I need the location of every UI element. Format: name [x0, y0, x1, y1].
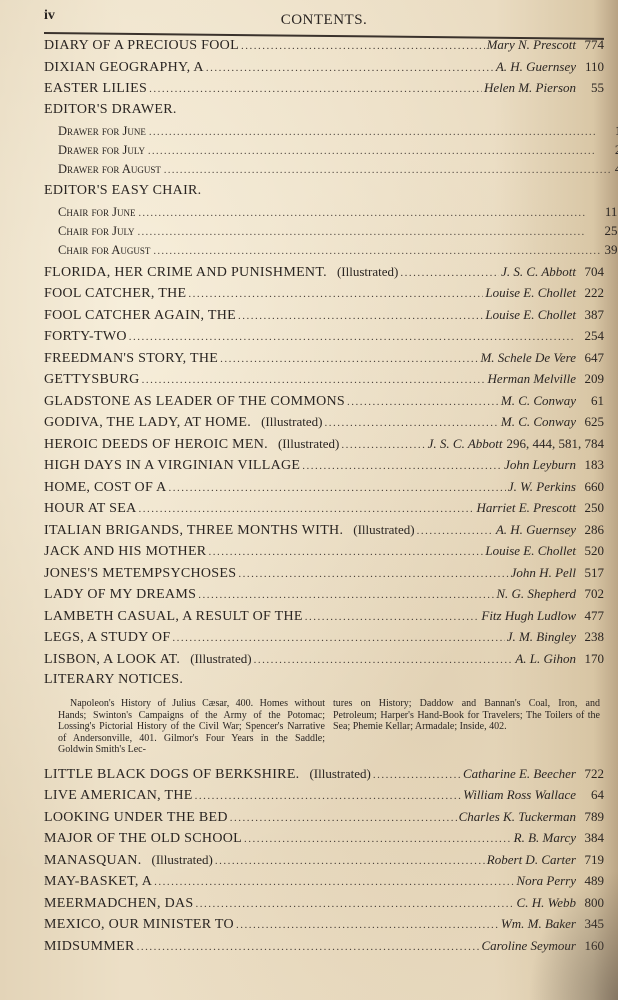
entry-title: LEGS, A STUDY OF [44, 630, 170, 646]
entry-page-number: 719 [580, 852, 604, 868]
entry-page-number: 517 [580, 565, 604, 581]
sub-entry: Chair for July255 [58, 223, 618, 242]
sub-entry: Drawer for June129 [58, 123, 618, 142]
editors-easy-chair-grid: Chair for June117Chair for September524C… [44, 204, 604, 261]
dot-leader [324, 417, 498, 429]
entry-title: FREEDMAN'S STORY, THE [44, 351, 218, 367]
entry-author: J. M. Bingley [507, 629, 576, 645]
dot-leader [373, 769, 461, 781]
toc-entry: FREEDMAN'S STORY, THEM. Schele De Vere64… [44, 350, 604, 372]
sub-entry-label: Chair for July [58, 224, 135, 239]
entry-illustrated-note: (Illustrated) [261, 414, 322, 430]
entry-author: Louise E. Chollet [485, 285, 576, 301]
entry-page-number: 489 [580, 873, 604, 889]
entry-author: A. L. Gihon [515, 651, 576, 667]
entry-page-number: 55 [580, 80, 604, 96]
toc-entry: LEGS, A STUDY OFJ. M. Bingley238 [44, 629, 604, 651]
dot-leader [198, 589, 494, 601]
entry-title: LOOKING UNDER THE BED [44, 810, 228, 826]
entry-illustrated-note: (Illustrated) [190, 651, 251, 667]
entry-page-number: 61 [580, 393, 604, 409]
entry-page-number: 520 [580, 543, 604, 559]
dot-leader [149, 83, 482, 95]
sub-entry-page-number: 255 [604, 223, 618, 239]
entry-author: Louise E. Chollet [485, 307, 576, 323]
entry-title: FORTY-TWO [44, 329, 127, 345]
dot-leader [148, 146, 612, 157]
toc-entry: MEERMADCHEN, DASC. H. Webb800 [44, 895, 604, 917]
sub-entry: Drawer for August403 [58, 161, 618, 180]
entry-illustrated-note: (Illustrated) [353, 522, 414, 538]
entry-title: DIXIAN GEOGRAPHY, A [44, 60, 204, 76]
editors-drawer-grid: Drawer for June129Drawer for September53… [44, 123, 604, 180]
toc-entry: ITALIAN BRIGANDS, THREE MONTHS WITH.(Ill… [44, 522, 604, 544]
dot-leader [164, 165, 612, 176]
literary-notices-col2: tures on History; Daddow and Bannan's Co… [333, 698, 600, 756]
dot-leader [400, 267, 499, 279]
entry-author: Nora Perry [516, 873, 576, 889]
entry-author: William Ross Wallace [463, 787, 576, 803]
entry-author: N. G. Shepherd [496, 586, 576, 602]
entry-title: GODIVA, THE LADY, AT HOME. [44, 415, 251, 431]
page-header: iv CONTENTS. [44, 4, 604, 28]
entry-title: MAJOR OF THE OLD SCHOOL [44, 831, 242, 847]
entry-author: Helen M. Pierson [484, 80, 576, 96]
entry-page-number: 254 [580, 328, 604, 344]
entry-page-number: 170 [580, 651, 604, 667]
entry-page-number: 387 [580, 307, 604, 323]
dot-leader [241, 40, 485, 52]
dot-leader [244, 833, 512, 845]
entry-title: JONES'S METEMPSYCHOSES [44, 566, 236, 582]
dot-leader [142, 374, 486, 386]
entry-author: M. C. Conway [501, 393, 576, 409]
entry-page-number: 384 [580, 830, 604, 846]
entry-page-number: 702 [580, 586, 604, 602]
toc-entry: FOOL CATCHER AGAIN, THELouise E. Chollet… [44, 307, 604, 329]
toc-entry: HOME, COST OF AJ. W. Perkins660 [44, 479, 604, 501]
entry-author: Harriet E. Prescott [476, 500, 576, 516]
dot-leader [230, 812, 457, 824]
toc-entry: GETTYSBURGHerman Melville209 [44, 371, 604, 393]
entry-page-number: 722 [580, 766, 604, 782]
entry-author: Charles K. Tuckerman [459, 809, 576, 825]
entry-author: John Leyburn [504, 457, 576, 473]
entry-author: Catharine E. Beecher [463, 766, 576, 782]
entries-group-a: DIARY OF A PRECIOUS FOOLMary N. Prescott… [44, 37, 604, 102]
entry-page-number: 250 [580, 500, 604, 516]
sub-entry-page-number: 393 [604, 242, 618, 258]
dot-leader [139, 503, 475, 515]
dot-leader [238, 310, 483, 322]
toc-entry: HOUR AT SEAHarriet E. Prescott250 [44, 500, 604, 522]
entry-author: A. H. Guernsey [496, 59, 576, 75]
dot-leader [302, 460, 502, 472]
dot-leader [347, 396, 499, 408]
dot-leader [417, 525, 494, 537]
entry-title: HIGH DAYS IN A VIRGINIAN VILLAGE [44, 458, 300, 474]
dot-leader [195, 790, 461, 802]
entry-title: LITTLE BLACK DOGS OF BERKSHIRE. [44, 767, 299, 783]
dot-leader [215, 855, 485, 867]
toc-entry: JACK AND HIS MOTHERLouise E. Chollet520 [44, 543, 604, 565]
entry-page-number: 789 [580, 809, 604, 825]
entry-illustrated-note: (Illustrated) [337, 264, 398, 280]
toc-entry: MANASQUAN.(Illustrated)Robert D. Carter7… [44, 852, 604, 874]
entry-author: J. S. C. Abbott [501, 264, 576, 280]
entry-title: FLORIDA, HER CRIME AND PUNISHMENT. [44, 265, 327, 281]
toc-entry: LITTLE BLACK DOGS OF BERKSHIRE.(Illustra… [44, 766, 604, 788]
entry-title: DIARY OF A PRECIOUS FOOL [44, 38, 239, 54]
dot-leader [149, 127, 612, 138]
entry-page-number: 345 [580, 916, 604, 932]
entry-title: MEXICO, OUR MINISTER TO [44, 917, 234, 933]
toc-entry: MEXICO, OUR MINISTER TOWm. M. Baker345 [44, 916, 604, 938]
table-of-contents: DIARY OF A PRECIOUS FOOLMary N. Prescott… [44, 37, 604, 959]
dot-leader [220, 353, 478, 365]
entry-title: EASTER LILIES [44, 81, 147, 97]
toc-entry: GODIVA, THE LADY, AT HOME.(Illustrated)M… [44, 414, 604, 436]
entry-title: FOOL CATCHER, THE [44, 286, 186, 302]
sub-entry-label: Drawer for June [58, 124, 146, 139]
entry-title: HOUR AT SEA [44, 501, 137, 517]
sub-entry-label: Chair for August [58, 243, 150, 258]
dot-leader [137, 941, 480, 953]
entry-title: MIDSUMMER [44, 939, 135, 955]
entries-group-b: FLORIDA, HER CRIME AND PUNISHMENT.(Illus… [44, 264, 604, 673]
entry-title: GLADSTONE AS LEADER OF THE COMMONS [44, 394, 345, 410]
entry-page-number: 286 [580, 522, 604, 538]
dot-leader [138, 227, 602, 238]
dot-leader [238, 568, 508, 580]
toc-entry: DIARY OF A PRECIOUS FOOLMary N. Prescott… [44, 37, 604, 59]
dot-leader [169, 482, 506, 494]
entry-page-number: 704 [580, 264, 604, 280]
toc-entry: MIDSUMMERCaroline Seymour160 [44, 938, 604, 960]
toc-entry: MAY-BASKET, ANora Perry489 [44, 873, 604, 895]
toc-entry: HEROIC DEEDS OF HEROIC MEN.(Illustrated)… [44, 436, 604, 458]
dot-leader [305, 611, 480, 623]
entry-page-number: 296, 444, 581, 784 [507, 436, 605, 452]
entry-page-number: 477 [580, 608, 604, 624]
entry-page-number: 238 [580, 629, 604, 645]
entry-author: Wm. M. Baker [501, 916, 576, 932]
entry-page-number: 222 [580, 285, 604, 301]
entry-page-number: 800 [580, 895, 604, 911]
entry-title: LADY OF MY DREAMS [44, 587, 196, 603]
entry-title: GETTYSBURG [44, 372, 140, 388]
entry-author: Herman Melville [488, 371, 576, 387]
entry-title: MAY-BASKET, A [44, 874, 152, 890]
entry-author: Caroline Seymour [482, 938, 576, 954]
dot-leader [254, 654, 514, 666]
toc-entry: LIVE AMERICAN, THEWilliam Ross Wallace64 [44, 787, 604, 809]
entry-author: M. C. Conway [501, 414, 576, 430]
sub-entry-label: Drawer for July [58, 143, 145, 158]
sub-entry-page-number: 117 [605, 204, 618, 220]
sub-entry: Chair for June117 [58, 204, 618, 223]
entry-illustrated-note: (Illustrated) [152, 852, 213, 868]
toc-entry: DIXIAN GEOGRAPHY, AA. H. Guernsey110 [44, 59, 604, 81]
entry-title: JACK AND HIS MOTHER [44, 544, 206, 560]
dot-leader [208, 546, 483, 558]
entry-page-number: 647 [580, 350, 604, 366]
dot-leader [188, 288, 483, 300]
toc-entry: LOOKING UNDER THE BEDCharles K. Tuckerma… [44, 809, 604, 831]
entry-title: ITALIAN BRIGANDS, THREE MONTHS WITH. [44, 523, 343, 539]
sub-entry-label: Drawer for August [58, 162, 161, 177]
sub-entry: Drawer for July265 [58, 142, 618, 161]
toc-entry: FOOL CATCHER, THELouise E. Chollet222 [44, 285, 604, 307]
entry-author: John H. Pell [511, 565, 576, 581]
dot-leader [154, 876, 514, 888]
entry-author: Robert D. Carter [487, 852, 576, 868]
entry-author: Mary N. Prescott [487, 37, 576, 53]
entry-illustrated-note: (Illustrated) [309, 766, 370, 782]
sub-entry: Chair for August393 [58, 242, 618, 261]
dot-leader [206, 62, 494, 74]
entry-author: R. B. Marcy [514, 830, 576, 846]
dot-leader [138, 208, 601, 219]
dot-leader [236, 919, 499, 931]
section-heading-editors-easy-chair: EDITOR'S EASY CHAIR. [44, 183, 604, 204]
entry-author: M. Schele De Vere [480, 350, 576, 366]
toc-entry: GLADSTONE AS LEADER OF THE COMMONSM. C. … [44, 393, 604, 415]
entry-title: FOOL CATCHER AGAIN, THE [44, 308, 236, 324]
literary-notices-text: Napoleon's History of Julius Cæsar, 400.… [44, 693, 604, 766]
entry-author: Fitz Hugh Ludlow [481, 608, 576, 624]
entry-title: LIVE AMERICAN, THE [44, 788, 193, 804]
toc-entry: JONES'S METEMPSYCHOSESJohn H. Pell517 [44, 565, 604, 587]
entry-author: C. H. Webb [517, 895, 576, 911]
page-title: CONTENTS. [44, 12, 604, 29]
entry-page-number: 625 [580, 414, 604, 430]
toc-entry: FORTY-TWO254 [44, 328, 604, 350]
entry-title: MANASQUAN. [44, 853, 142, 869]
entry-author: J. S. C. Abbott [428, 436, 503, 452]
dot-leader [172, 632, 504, 644]
entry-page-number: 209 [580, 371, 604, 387]
entries-group-c: LITTLE BLACK DOGS OF BERKSHIRE.(Illustra… [44, 766, 604, 960]
toc-entry: LISBON, A LOOK AT.(Illustrated)A. L. Gih… [44, 651, 604, 673]
toc-entry: MAJOR OF THE OLD SCHOOLR. B. Marcy384 [44, 830, 604, 852]
entry-page-number: 660 [580, 479, 604, 495]
dot-leader [341, 439, 425, 451]
section-heading-editors-drawer: EDITOR'S DRAWER. [44, 102, 604, 123]
toc-entry: LAMBETH CASUAL, A RESULT OF THEFitz Hugh… [44, 608, 604, 630]
entry-title: HEROIC DEEDS OF HEROIC MEN. [44, 437, 268, 453]
entry-title: MEERMADCHEN, DAS [44, 896, 193, 912]
entry-author: Louise E. Chollet [485, 543, 576, 559]
toc-entry: EASTER LILIESHelen M. Pierson55 [44, 80, 604, 102]
entry-title: LISBON, A LOOK AT. [44, 652, 180, 668]
entry-page-number: 774 [580, 37, 604, 53]
entry-illustrated-note: (Illustrated) [278, 436, 339, 452]
entry-page-number: 183 [580, 457, 604, 473]
dot-leader [153, 246, 601, 257]
entry-author: J. W. Perkins [508, 479, 576, 495]
section-heading-literary-notices: LITERARY NOTICES. [44, 672, 604, 693]
entry-author: A. H. Guernsey [496, 522, 576, 538]
toc-entry: HIGH DAYS IN A VIRGINIAN VILLAGEJohn Ley… [44, 457, 604, 479]
entry-page-number: 110 [580, 59, 604, 75]
entry-title: LAMBETH CASUAL, A RESULT OF THE [44, 609, 303, 625]
literary-notices-col1: Napoleon's History of Julius Cæsar, 400.… [58, 698, 325, 756]
sub-entry-label: Chair for June [58, 205, 135, 220]
dot-leader [195, 898, 514, 910]
entry-title: HOME, COST OF A [44, 480, 167, 496]
toc-entry: LADY OF MY DREAMSN. G. Shepherd702 [44, 586, 604, 608]
entry-page-number: 160 [580, 938, 604, 954]
toc-entry: FLORIDA, HER CRIME AND PUNISHMENT.(Illus… [44, 264, 604, 286]
entry-page-number: 64 [580, 787, 604, 803]
dot-leader [129, 331, 574, 343]
